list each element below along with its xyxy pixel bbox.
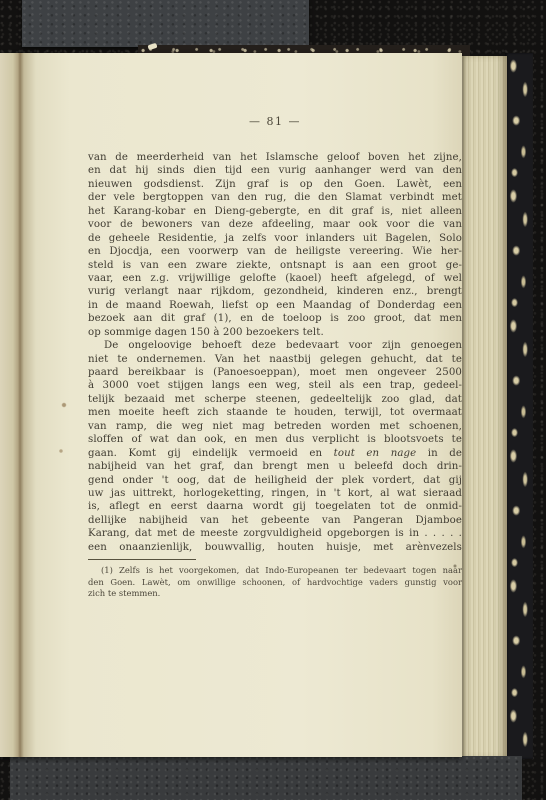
marbled-cover-side — [505, 53, 533, 759]
text-line: steld is van een zware ziekte, ontsnapt … — [88, 259, 462, 272]
book-page: — 81 — van de meerderheid van het Islams… — [0, 53, 462, 757]
text-line: voor de bewoners van deze afdeeling, maa… — [88, 218, 462, 231]
text-line: van de meerderheid van het Islamsche gel… — [88, 151, 462, 164]
text-line: dellijke nabijheid van het gebeente van … — [88, 514, 462, 527]
book-cover-bottom-edge — [10, 756, 522, 800]
text-line: van ramp, die weg niet mag betreden word… — [88, 420, 462, 433]
text-line: der vele bergtoppen van den rug, die den… — [88, 191, 462, 204]
page-stack-fore-edge — [461, 56, 507, 758]
text-line: is, aflegt en eerst daarna wordt gij toe… — [88, 500, 462, 513]
text-line: gend onder 't oog, dat de heiligheid der… — [88, 474, 462, 487]
text-line: telijk bezaaid met scherpe steenen, gede… — [88, 393, 462, 406]
scanned-book-photo: — 81 — van de meerderheid van het Islams… — [0, 0, 546, 800]
text-line: op sommige dagen 150 à 200 bezoekers tel… — [88, 326, 462, 339]
text-line: nieuwen godsdienst. Zijn graf is op den … — [88, 178, 462, 191]
text-line: en Djocdja, een voorwerp van de heiligst… — [88, 245, 462, 258]
text-line: een onaanzienlijk, bouwvallig, houten hu… — [88, 541, 462, 554]
text-line: niet te ondernemen. Van het naastbij gel… — [88, 353, 462, 366]
text-line: bezoek aan dit graf (1), en de toeloop i… — [88, 312, 462, 325]
text-line: paard bereikbaar is (Panoesoeppan), moet… — [88, 366, 462, 379]
text-line: den Goen. Lawèt, om onwillige schoonen, … — [88, 577, 462, 589]
text-line: men moeite heeft zich staande te houden,… — [88, 406, 462, 419]
text-line: zich te stemmen. — [88, 588, 462, 600]
text-line: en dat hij sinds dien tijd een vurig aan… — [88, 164, 462, 177]
text-line: gaan. Komt gij eindelijk vermoeid en tou… — [88, 447, 462, 460]
text-line: de geheele Residentie, ja zelfs voor inl… — [88, 232, 462, 245]
text-line: het Karang-kobar en Dieng-gebergte, en d… — [88, 205, 462, 218]
text-line: sloffen of wat dan ook, en men dus verpl… — [88, 433, 462, 446]
text-line: à 3000 voet stijgen langs een weg, steil… — [88, 379, 462, 392]
footnote: (1) Zelfs is het voorgekomen, dat Indo-E… — [88, 565, 462, 600]
text-line: in de maand Roewah, liefst op een Maanda… — [88, 299, 462, 312]
body-text: van de meerderheid van het Islamsche gel… — [88, 151, 462, 554]
text-line: Karang, dat met de meeste zorgvuldigheid… — [88, 527, 462, 540]
footnote-separator — [88, 559, 196, 560]
text-line: De ongeloovige behoeft deze bedevaart vo… — [88, 339, 462, 352]
book-cover-top-edge — [22, 0, 309, 47]
text-line: vaar, een z.g. vrijwillige gelofte (kaoe… — [88, 272, 462, 285]
page-number: — 81 — — [88, 115, 462, 130]
text-line: uw jas uittrekt, horlogeketting, ringen,… — [88, 487, 462, 500]
text-line: vurig verlangt naar rijkdom, gezondheid,… — [88, 285, 462, 298]
text-line: (1) Zelfs is het voorgekomen, dat Indo-E… — [88, 565, 462, 577]
text-line: nabijheid van het graf, dan brengt men u… — [88, 460, 462, 473]
